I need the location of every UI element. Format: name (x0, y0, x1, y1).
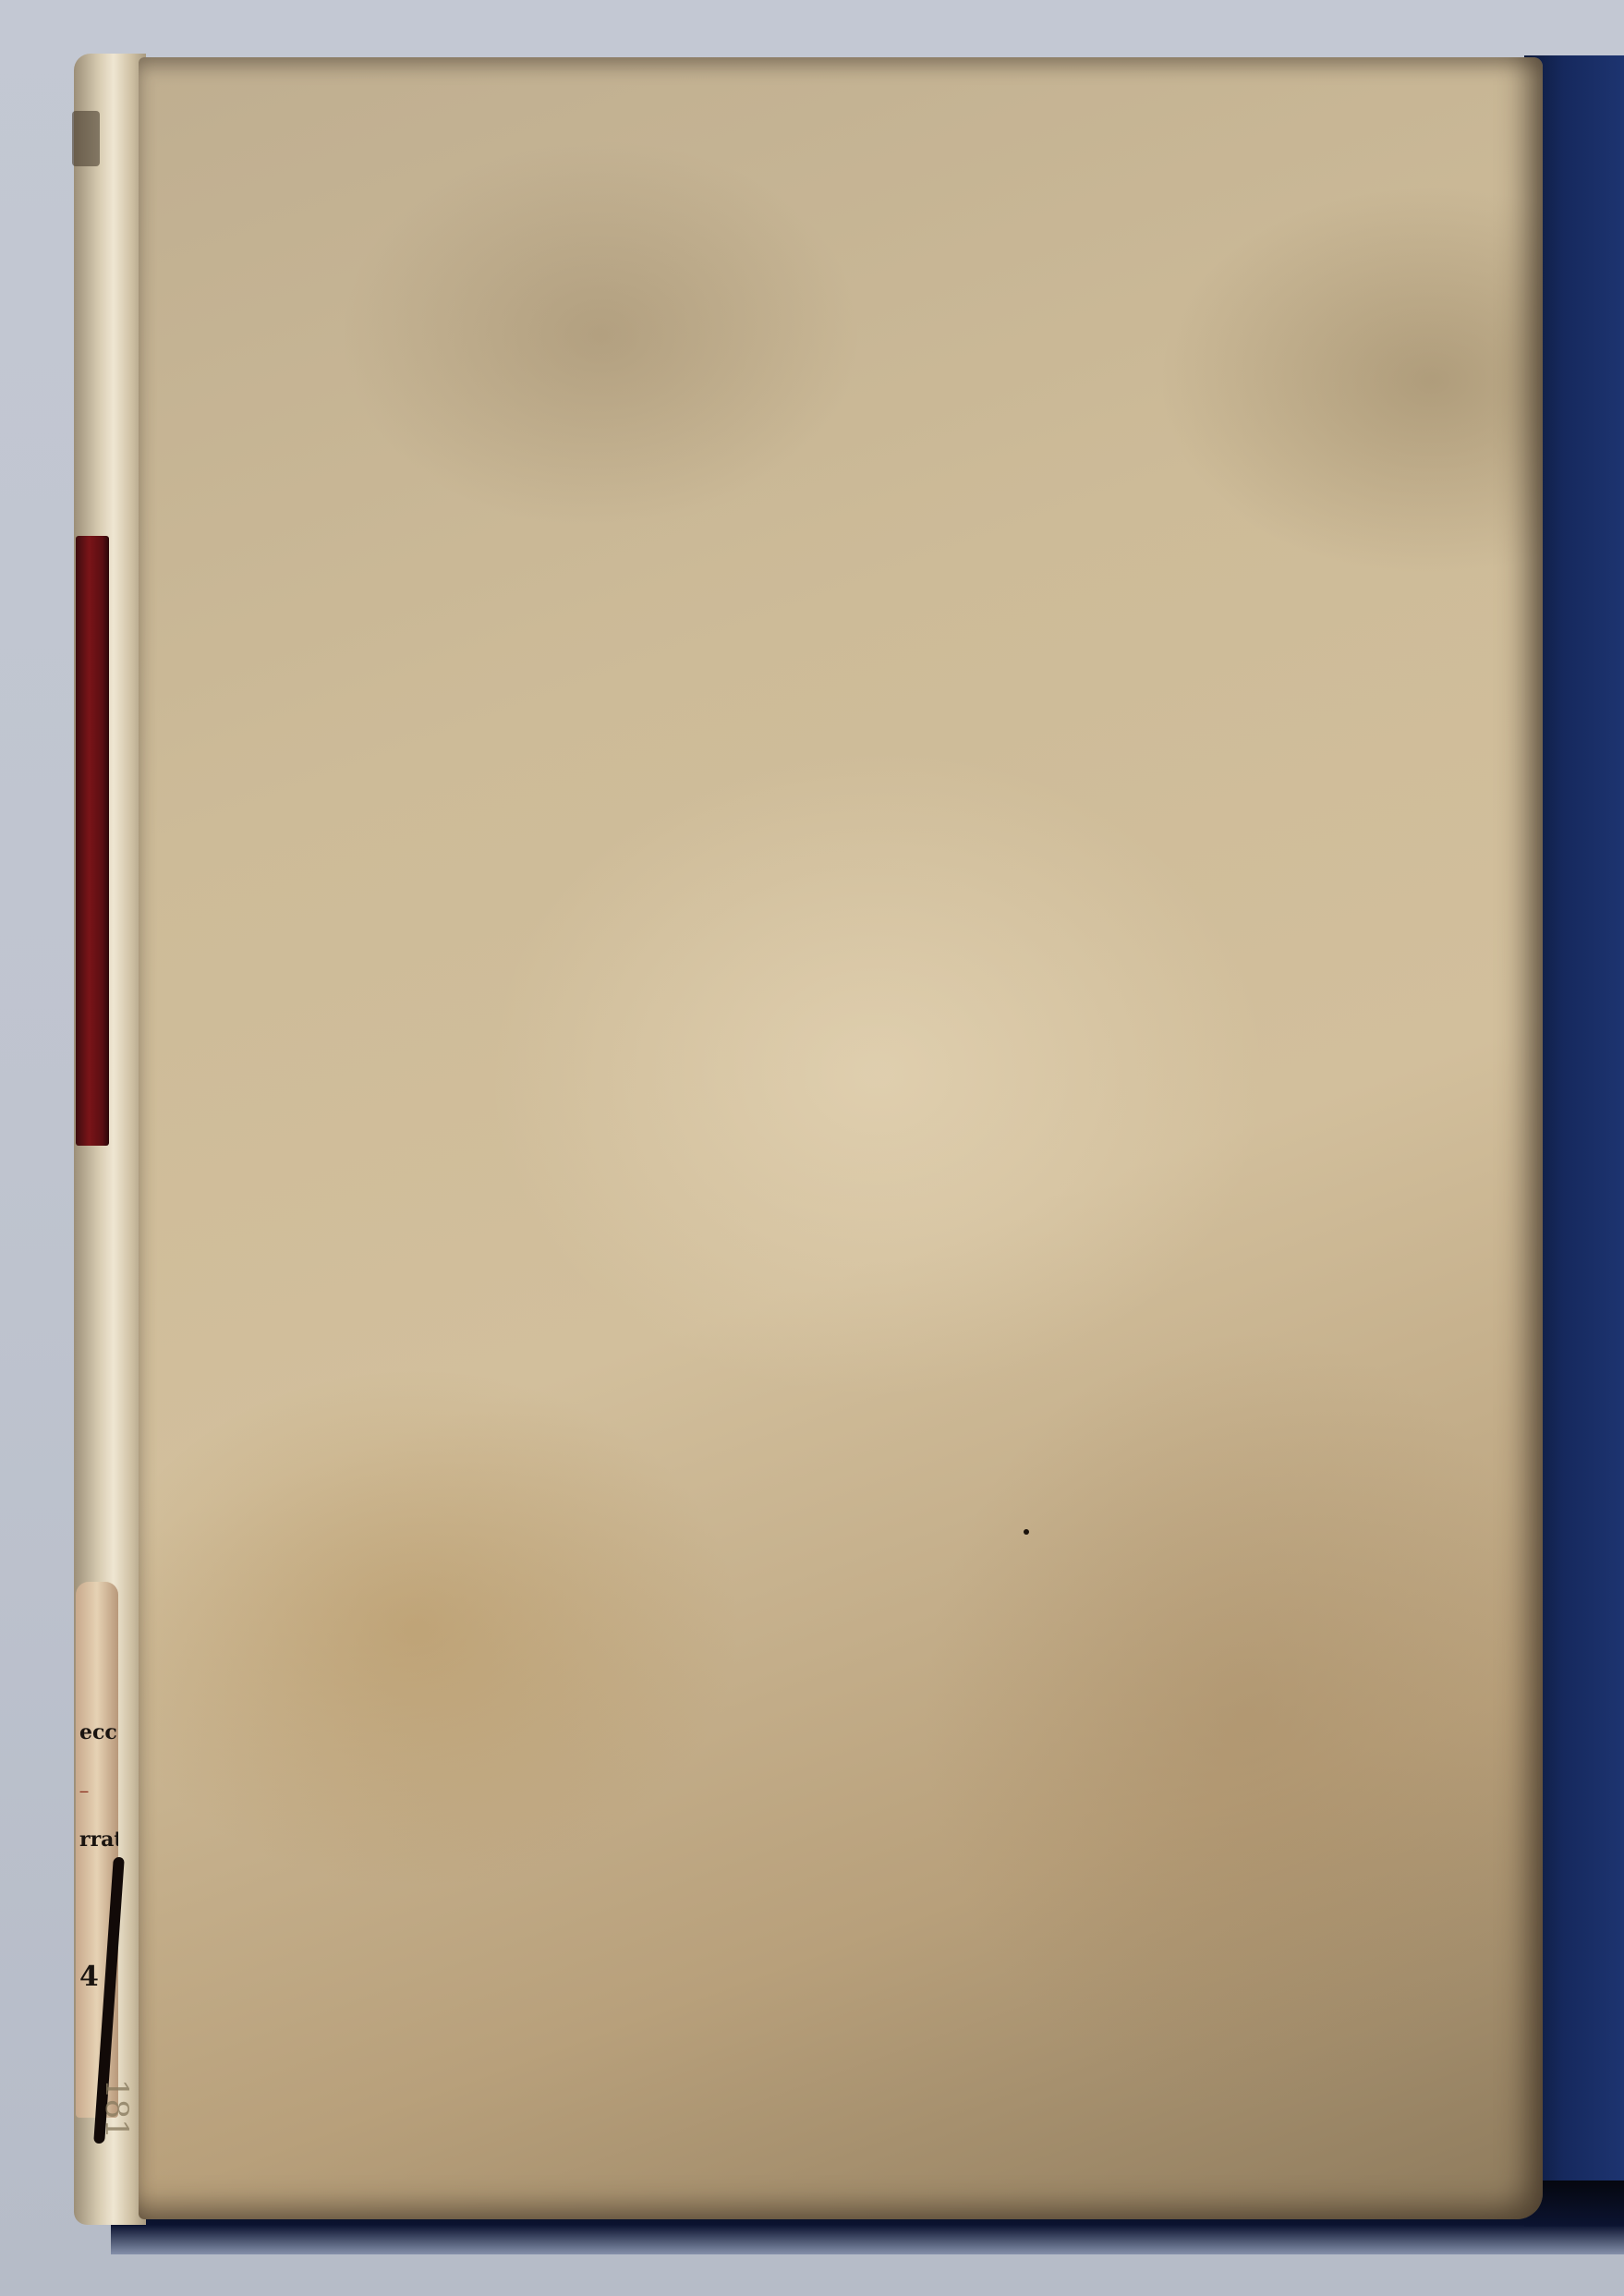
spine-red-label (76, 536, 109, 1146)
spine-top-wear (72, 111, 100, 166)
cover-spot (1024, 1529, 1029, 1535)
vellum-front-cover (139, 57, 1543, 2219)
spine-tooled-date: 181 (100, 2079, 133, 2139)
spine-label-text-2: rrat (79, 1828, 118, 1852)
spine-volume-number: 4 (79, 1961, 99, 1993)
spine-label-text-1: ecc (79, 1720, 117, 1744)
